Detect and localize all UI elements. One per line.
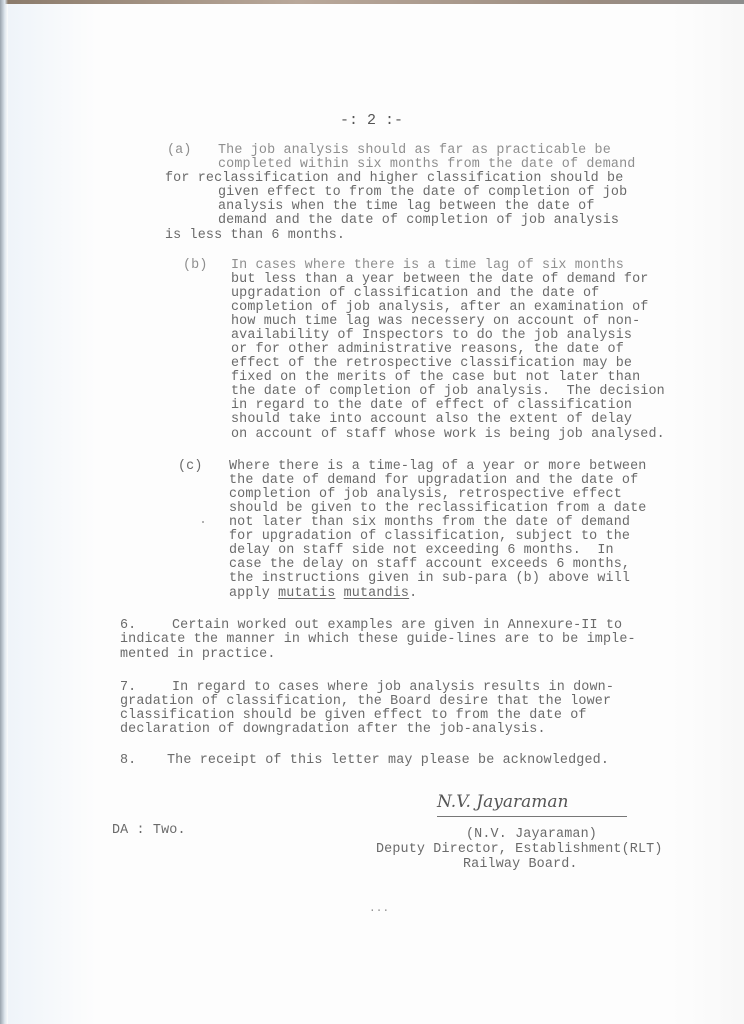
paragraph-line: indicate the manner in which these guide… [120,633,636,647]
paragraph-number: 7. [120,681,136,695]
end-mark: ... [369,902,389,916]
text: apply [229,586,278,601]
signatory-name: (N.V. Jayaraman) [466,828,597,842]
typewritten-letter-page: -: 2 :- (a) The job analysis should as f… [0,0,744,1024]
signatory-office: Railway Board. [463,858,578,872]
paragraph-line: In regard to cases where job analysis re… [172,681,614,695]
subpara-a-line: for reclassification and higher classifi… [165,172,623,186]
subpara-b-line: upgradation of classification and the da… [231,287,599,301]
subpara-b-line: fixed on the merits of the case but not … [231,371,640,385]
subpara-a-line: analysis when the time lag between the d… [218,200,595,214]
paragraph-line: declaration of downgradation after the j… [120,723,546,737]
subpara-b-line: availability of Inspectors to do the job… [231,329,632,343]
subpara-a-line: completed within six months from the dat… [218,158,635,172]
subpara-c-line: the instructions given in sub-para (b) a… [229,572,630,586]
subpara-c-line: for upgradation of classification, subje… [229,530,630,544]
subpara-b-line: how much time lag was necessery on accou… [231,315,640,329]
subpara-c-line: the date of demand for upgradation and t… [229,474,638,488]
subpara-a-label: (a) [167,144,192,158]
subpara-a-line: The job analysis should as far as practi… [218,144,611,158]
enclosure-note: DA : Two. [112,824,186,838]
subpara-b-line: In cases where there is a time lag of si… [231,259,624,273]
subpara-c-line: case the delay on staff account exceeds … [229,558,630,572]
subpara-b-line: effect of the retrospective classificati… [231,357,632,371]
subpara-c-line: should be given to the reclassification … [229,502,646,516]
subpara-b-line: or for other administrative reasons, the… [231,343,624,357]
paragraph-line: mented in practice. [120,648,276,662]
paragraph-line: Certain worked out examples are given in… [172,619,622,633]
signatory-designation: Deputy Director, Establishment(RLT) [376,843,663,857]
text: . [409,586,417,601]
subpara-b-line: completion of job analysis, after an exa… [231,301,648,315]
subpara-a-line: demand and the date of completion of job… [218,214,619,228]
paragraph-line: The receipt of this letter may please be… [167,754,609,768]
subpara-b-line: but less than a year between the date of… [231,273,648,287]
subpara-c-line: delay on staff side not exceeding 6 mont… [229,544,614,558]
ink-speck [202,521,204,523]
subpara-c-label: (c) [178,460,203,474]
subpara-c-last-line: apply mutatis mutandis. [229,587,417,601]
subpara-c-line: completion of job analysis, retrospectiv… [229,488,622,502]
subpara-b-line: the date of completion of job analysis. … [231,385,665,399]
underlined-latin-term: mutatis [278,586,335,601]
subpara-b-line: in regard to the date of effect of class… [231,399,632,413]
text [335,586,343,601]
subpara-b-label: (b) [183,259,208,273]
underlined-latin-term: mutandis [344,586,410,601]
paragraph-number: 8. [120,754,136,768]
subpara-a-line: given effect to from the date of complet… [218,186,627,200]
paragraph-line: gradation of classification, the Board d… [120,695,611,709]
paragraph-line: classification should be given effect to… [120,709,587,723]
subpara-b-line: should take into account also the extent… [231,413,632,427]
subpara-c-line: not later than six months from the date … [229,516,630,530]
handwritten-signature: N.V. Jayaraman [437,792,627,817]
subpara-c-line: Where there is a time-lag of a year or m… [229,460,646,474]
subpara-b-line: on account of staff whose work is being … [231,428,665,442]
subpara-a-line: is less than 6 months. [165,229,345,243]
paragraph-number: 6. [120,619,136,633]
page-number: -: 2 :- [340,112,403,129]
